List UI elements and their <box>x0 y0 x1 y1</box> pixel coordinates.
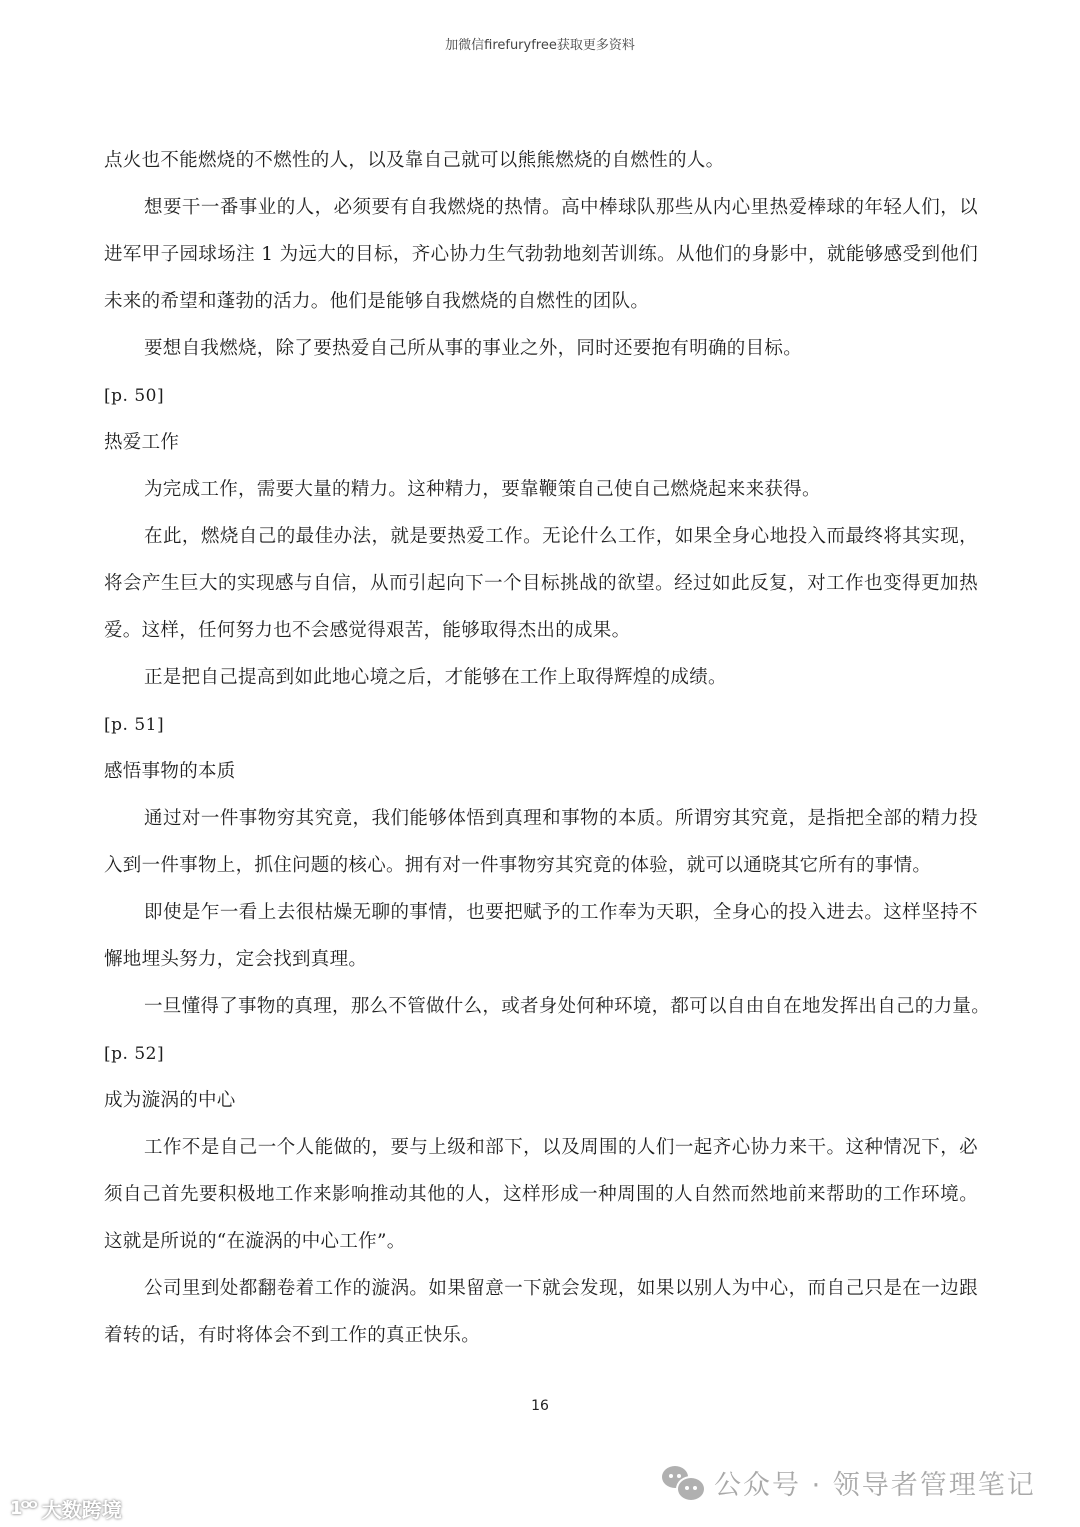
paragraph-line: 点火也不能燃烧的不燃性的人，以及靠自己就可以熊熊燃烧的自燃性的人。 <box>104 146 978 193</box>
paragraph-line: 为完成工作，需要大量的精力。这种精力，要靠鞭策自己使自己燃烧起来来获得。 <box>104 475 978 522</box>
paragraph-line: 将会产生巨大的实现感与自信，从而引起向下一个目标挑战的欲望。经过如此反复，对工作… <box>104 569 978 616</box>
watermark-left: 1ᴼᴼ 大数跨境 <box>10 1494 122 1523</box>
document-body: 点火也不能燃烧的不燃性的人，以及靠自己就可以熊熊燃烧的自燃性的人。 想要干一番事… <box>104 146 978 1368</box>
brand-logo-icon: 1ᴼᴼ <box>10 1498 36 1519</box>
official-account-label: 公众号 · 领导者管理笔记 <box>714 1463 1036 1502</box>
paragraph-line: 须自己首先要积极地工作来影响推动其他的人，这样形成一种周围的人自然而然地前来帮助… <box>104 1180 978 1227</box>
page-marker: [p. 50] <box>104 381 978 428</box>
section-heading: 热爱工作 <box>104 428 978 475</box>
paragraph-line: 未来的希望和蓬勃的活力。他们是能够自我燃烧的自燃性的团队。 <box>104 287 978 334</box>
wechat-icon <box>660 1462 704 1502</box>
section-heading: 感悟事物的本质 <box>104 757 978 804</box>
paragraph-line: 想要干一番事业的人，必须要有自我燃烧的热情。高中棒球队那些从内心里热爱棒球的年轻… <box>104 193 978 240</box>
watermark-right: 公众号 · 领导者管理笔记 <box>660 1462 1036 1502</box>
section-heading: 成为漩涡的中心 <box>104 1086 978 1133</box>
page-number: 16 <box>0 1398 1080 1414</box>
paragraph-line: 入到一件事物上，抓住问题的核心。拥有对一件事物穷其究竟的体验，就可以通晓其它所有… <box>104 851 978 898</box>
paragraph-line: 工作不是自己一个人能做的，要与上级和部下，以及周围的人们一起齐心协力来干。这种情… <box>104 1133 978 1180</box>
paragraph-line: 正是把自己提高到如此地心境之后，才能够在工作上取得辉煌的成绩。 <box>104 663 978 710</box>
paragraph-line: 进军甲子园球场注 1 为远大的目标，齐心协力生气勃勃地刻苦训练。从他们的身影中，… <box>104 240 978 287</box>
paragraph-line: 要想自我燃烧，除了要热爱自己所从事的事业之外，同时还要抱有明确的目标。 <box>104 334 978 381</box>
paragraph-line: 在此，燃烧自己的最佳办法，就是要热爱工作。无论什么工作，如果全身心地投入而最终将… <box>104 522 978 569</box>
paragraph-line: 这就是所说的“在漩涡的中心工作”。 <box>104 1227 978 1274</box>
page-marker: [p. 52] <box>104 1039 978 1086</box>
paragraph-line: 着转的话，有时将体会不到工作的真正快乐。 <box>104 1321 978 1368</box>
page-header-watermark: 加微信firefuryfree获取更多资料 <box>0 34 1080 53</box>
watermark-left-text: 大数跨境 <box>42 1494 122 1523</box>
paragraph-line: 一旦懂得了事物的真理，那么不管做什么，或者身处何种环境，都可以自由自在地发挥出自… <box>104 992 978 1039</box>
page-marker: [p. 51] <box>104 710 978 757</box>
paragraph-line: 爱。这样，任何努力也不会感觉得艰苦，能够取得杰出的成果。 <box>104 616 978 663</box>
paragraph-line: 公司里到处都翻卷着工作的漩涡。如果留意一下就会发现，如果以别人为中心，而自己只是… <box>104 1274 978 1321</box>
paragraph-line: 即使是乍一看上去很枯燥无聊的事情，也要把赋予的工作奉为天职，全身心的投入进去。这… <box>104 898 978 945</box>
paragraph-line: 懈地埋头努力，定会找到真理。 <box>104 945 978 992</box>
paragraph-line: 通过对一件事物穷其究竟，我们能够体悟到真理和事物的本质。所谓穷其究竟，是指把全部… <box>104 804 978 851</box>
